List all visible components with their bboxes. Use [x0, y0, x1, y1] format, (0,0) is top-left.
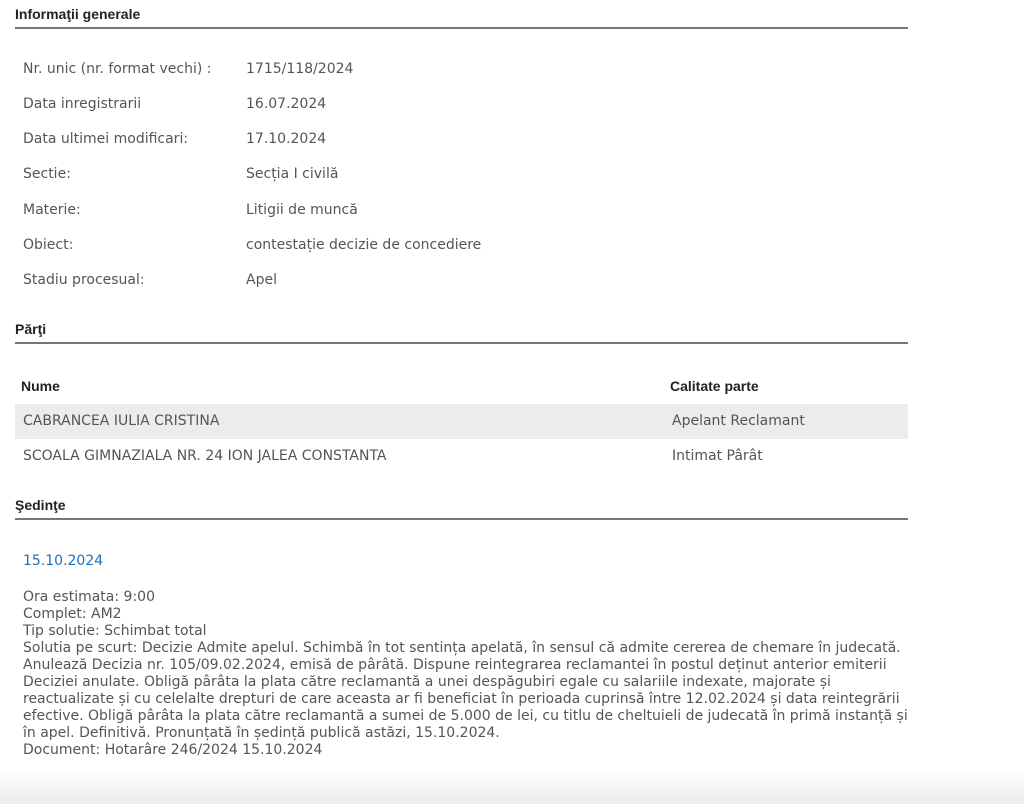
- info-value: Litigii de muncă: [246, 202, 358, 218]
- session-solution-line: Deciziei anulate. Obligă pârâta la plata…: [23, 674, 903, 691]
- session-solution-line: reactualizate și cu celelalte drepturi d…: [23, 691, 903, 708]
- info-label: Sectie:: [23, 166, 71, 182]
- session-solution-line: efective. Obligă pârâta la plata către r…: [23, 708, 903, 725]
- info-value: Apel: [246, 272, 277, 288]
- info-label: Stadiu procesual:: [23, 272, 145, 288]
- session-date-link[interactable]: 15.10.2024: [23, 553, 103, 569]
- info-value: 16.07.2024: [246, 96, 326, 112]
- table-row: CABRANCEA IULIA CRISTINA Apelant Reclama…: [15, 404, 908, 439]
- session-solution-line: Solutia pe scurt: Decizie Admite apelul.…: [23, 640, 903, 657]
- session-panel: Complet: AM2: [23, 606, 903, 623]
- session-solution-type: Tip solutie: Schimbat total: [23, 623, 903, 640]
- info-label: Nr. unic (nr. format vechi) :: [23, 61, 211, 77]
- info-value: 17.10.2024: [246, 131, 326, 147]
- session-estimated-time: Ora estimata: 9:00: [23, 589, 903, 606]
- info-value: 1715/118/2024: [246, 61, 353, 77]
- party-name: CABRANCEA IULIA CRISTINA: [23, 413, 219, 429]
- party-name: SCOALA GIMNAZIALA NR. 24 ION JALEA CONST…: [23, 448, 387, 464]
- column-header-role: Calitate parte: [670, 378, 759, 394]
- info-value: contestație decizie de concediere: [246, 237, 481, 253]
- section-title-parties: Părţi: [15, 321, 908, 344]
- info-label: Data inregistrarii: [23, 96, 141, 112]
- session-details: Ora estimata: 9:00 Complet: AM2 Tip solu…: [23, 589, 903, 759]
- column-header-name: Nume: [21, 378, 60, 394]
- table-row: SCOALA GIMNAZIALA NR. 24 ION JALEA CONST…: [15, 439, 908, 474]
- party-role: Intimat Pârât: [672, 448, 763, 464]
- session-solution-line: în apel. Definitivă. Pronunțată în ședin…: [23, 725, 903, 742]
- bottom-fade: [0, 770, 1024, 804]
- section-title-sessions: Şedinţe: [15, 497, 908, 520]
- info-label: Obiect:: [23, 237, 73, 253]
- session-document: Document: Hotarâre 246/2024 15.10.2024: [23, 742, 903, 759]
- session-solution-line: Anulează Decizia nr. 105/09.02.2024, emi…: [23, 657, 903, 674]
- info-label: Materie:: [23, 202, 81, 218]
- section-title-general-info: Informaţii generale: [15, 6, 908, 29]
- party-role: Apelant Reclamant: [672, 413, 805, 429]
- info-value: Secția I civilă: [246, 166, 338, 182]
- info-label: Data ultimei modificari:: [23, 131, 188, 147]
